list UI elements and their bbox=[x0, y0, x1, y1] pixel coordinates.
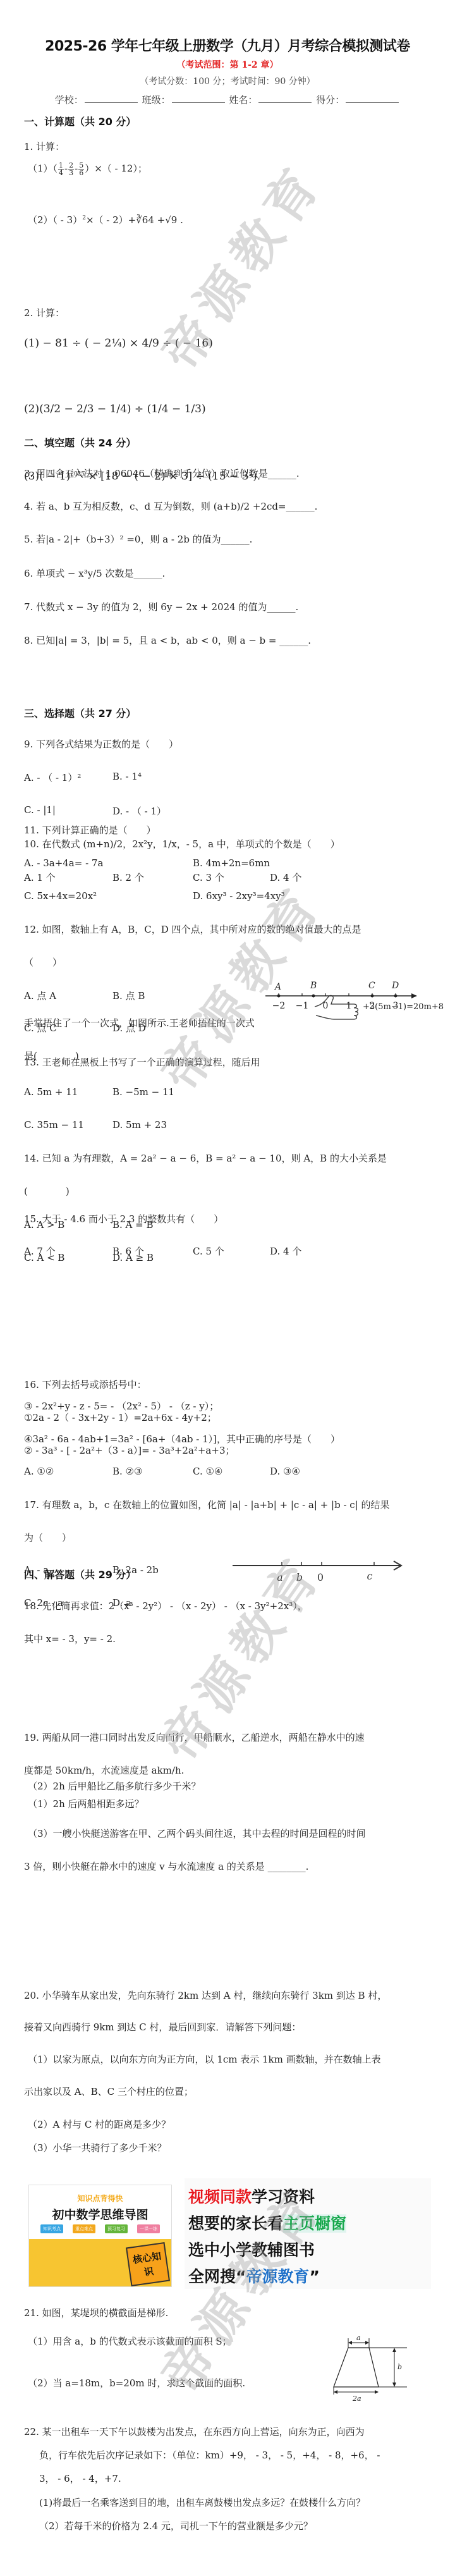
q11-option-a[interactable]: A. - 3a+4a= - 7a bbox=[24, 857, 103, 869]
q20-line-2: 接着又向西骑行 9km 到达 C 村，最后回到家．请解答下列问题： bbox=[24, 2021, 301, 2033]
q4: 4. 若 a、b 互为相反数，c、d 互为倒数，则 (a+b)/2 +2cd=_… bbox=[24, 500, 317, 513]
svg-text:−2: −2 bbox=[272, 1001, 286, 1011]
q8: 8. 已知|a| = 3，|b| = 5，且 a < b，ab < 0，则 a … bbox=[24, 634, 311, 647]
q11-option-d[interactable]: D. 6xy³ - 2xy³=4xy³ bbox=[193, 890, 285, 902]
q13-figure-equation: +3(5m−1)=20m+8 bbox=[363, 1001, 444, 1014]
svg-text:a: a bbox=[277, 1571, 283, 1583]
q11-option-b[interactable]: B. 4m+2n=6mn bbox=[193, 857, 270, 869]
q15-option-b[interactable]: B. 6 个 bbox=[112, 1244, 144, 1258]
svg-text:0: 0 bbox=[317, 1571, 324, 1583]
q13-option-c[interactable]: C. 35m − 11 bbox=[24, 1119, 84, 1131]
q13-option-b[interactable]: B. −5m − 11 bbox=[112, 1086, 174, 1098]
hand-icon bbox=[310, 993, 367, 1024]
ad-banner[interactable]: 知识点背得快 初中数学思维导图 知识考点 重点难点 预习复习 一课一练 核心知识… bbox=[25, 2178, 430, 2286]
q16-option-d[interactable]: D. ③④ bbox=[270, 1466, 300, 1477]
q21-part-2: （2）当 a=18m，b=20m 时，求这个截面的面积. bbox=[28, 2376, 245, 2389]
book-cover-image: 知识点背得快 初中数学思维导图 知识考点 重点难点 预习复习 一课一练 核心知识 bbox=[28, 2185, 172, 2287]
q15-option-c[interactable]: C. 5 个 bbox=[193, 1244, 224, 1258]
svg-text:B: B bbox=[310, 981, 317, 991]
score-label: 得分： bbox=[316, 94, 344, 106]
student-info-line: 学校： 班级： 姓名： 得分： bbox=[0, 93, 455, 106]
fraction: 23 bbox=[68, 162, 74, 176]
q12-stem: 12. 如图，数轴上有 A，B，C，D 四个点，其中所对应的数的绝对值最大的点是 bbox=[24, 923, 361, 936]
q15-option-d[interactable]: D. 4 个 bbox=[270, 1244, 301, 1258]
q18-line-2: 其中 x= - 3，y= - 2. bbox=[24, 1633, 116, 1645]
section-4-title: 四、解答题（共 29 分） bbox=[24, 1567, 136, 1581]
q20-part-2: （2）A 村与 C 村的距离是多少？ bbox=[28, 2118, 171, 2131]
q11-option-c[interactable]: C. 5x+4x=20x² bbox=[24, 890, 97, 902]
q19-line-1: 19. 两船从同一港口同时出发反向而行，甲船顺水，乙船逆水，两船在静水中的速 bbox=[24, 1731, 365, 1744]
q12-option-a[interactable]: A. 点 A bbox=[24, 989, 56, 1002]
q10-option-a[interactable]: A. 1 个 bbox=[24, 871, 56, 884]
svg-text:2a: 2a bbox=[352, 2395, 361, 2403]
q19-part-1: （1）2h 后两船相距多远？ bbox=[28, 1797, 144, 1810]
q16-stem: 16. 下列去括号或添括号中： bbox=[24, 1378, 147, 1391]
svg-text:c: c bbox=[367, 1570, 373, 1582]
q2-part1: (1) − 81 ÷ ( − 2¼) × 4/9 ÷ ( − 16) bbox=[24, 337, 213, 350]
q9-option-a[interactable]: A. - （ - 1）² bbox=[24, 771, 81, 784]
fraction: 56 bbox=[78, 162, 84, 176]
q16-option-c[interactable]: C. ①④ bbox=[193, 1466, 222, 1477]
name-label: 姓名： bbox=[229, 94, 257, 106]
q9-stem: 9. 下列各式结果为正数的是（ ） bbox=[24, 738, 178, 751]
q16-item-2: ② - 3a³ - [ - 2a²+（3 - a）]= - 3a³+2a²+a+… bbox=[24, 1444, 235, 1457]
fraction: 14 bbox=[58, 162, 64, 176]
q3: 3. 用四舍五入法对 1.06046（精确到千分位）取近似数是______. bbox=[24, 467, 300, 480]
section-2-title: 二、填空题（共 24 分） bbox=[24, 435, 136, 450]
q16-option-b[interactable]: B. ②③ bbox=[112, 1466, 142, 1477]
q1-part1: （1）（14-23-56）×（ - 12）； bbox=[28, 162, 147, 176]
svg-text:A: A bbox=[274, 982, 281, 992]
q20-part-1b: 示出家以及 A、B、C 三个村庄的位置； bbox=[24, 2085, 193, 2098]
q14-paren: ( ) bbox=[24, 1185, 70, 1198]
q22-part-2: （2）若每千米的价格为 2.4 元，司机一下午的营业额是多少元？ bbox=[39, 2520, 313, 2532]
q19-line-2: 度都是 50km/h，水流速度是 akm/h. bbox=[24, 1764, 184, 1777]
svg-text:D: D bbox=[391, 981, 399, 991]
q21-part-1: （1）用含 a，b 的代数式表示该截面的面积 S； bbox=[28, 2334, 232, 2348]
q17-number-line-figure: ab0c bbox=[231, 1555, 408, 1587]
q13-option-a[interactable]: A. 5m + 11 bbox=[24, 1086, 78, 1098]
q1-part2: （2）（ - 3）2×（ - 2）+∛64 +√9 . bbox=[28, 212, 183, 226]
q17-stem: 17. 有理数 a，b，c 在数轴上的位置如图，化简 |a| - |a+b| +… bbox=[24, 1499, 390, 1511]
exam-title: 2025-26 学年七年级上册数学（九月）月考综合模拟测试卷 bbox=[0, 35, 455, 55]
q15-option-a[interactable]: A. 7 个 bbox=[24, 1244, 56, 1258]
class-blank[interactable] bbox=[172, 94, 225, 103]
q10-option-c[interactable]: C. 3 个 bbox=[193, 871, 224, 884]
svg-text:a: a bbox=[356, 2334, 361, 2342]
q11-stem: 11. 下列计算正确的是（ ） bbox=[24, 824, 156, 837]
q22-line-1: 22. 某一出租车一天下午以鼓楼为出发点，在东西方向上营运，向东为正，向西为 bbox=[24, 2426, 365, 2438]
q1-label: 1. 计算： bbox=[24, 140, 64, 153]
q9-option-c[interactable]: C. - |1| bbox=[24, 804, 56, 816]
exam-meta: （考试分数：100 分；考试时间：90 分钟） bbox=[0, 75, 455, 87]
section-1-title: 一、计算题（共 20 分） bbox=[24, 114, 136, 128]
q6: 6. 单项式 − x³y/5 次数是______. bbox=[24, 567, 165, 580]
q19-part-3b: 3 倍，则小快艇在静水中的速度 v 与水流速度 a 的关系是 ________. bbox=[24, 1860, 308, 1873]
q9-option-d[interactable]: D. - （ - 1） bbox=[112, 804, 166, 818]
q22-line-2: 负，行车依先后次序记录如下：（单位：km）+9， - 3， - 5，+4， - … bbox=[39, 2449, 380, 2462]
q16-option-a[interactable]: A. ①② bbox=[24, 1466, 54, 1477]
trapezoid-figure: a b 2a bbox=[331, 2336, 426, 2400]
q13-option-d[interactable]: D. 5m + 23 bbox=[112, 1119, 167, 1131]
q19-part-2: （2）2h 后甲船比乙船多航行多少千米？ bbox=[28, 1779, 201, 1793]
q16-item-3: ③ - 2x²+y - z - 5= - （2x² - 5） - （z - y）… bbox=[24, 1400, 219, 1413]
q20-line-1: 20. 小华骑车从家出发，先向东骑行 2km 达到 A 村，继续向东骑行 3km… bbox=[24, 1989, 387, 2002]
svg-text:b: b bbox=[296, 1571, 303, 1583]
q15-stem: 15. 大于 - 4.6 而小于 2.3 的整数共有（ ） bbox=[24, 1213, 223, 1225]
q10-stem: 10. 在代数式 (m+n)/2，2x²y，1/x，- 5，a 中，单项式的个数… bbox=[24, 838, 340, 850]
q10-option-d[interactable]: D. 4 个 bbox=[270, 871, 301, 884]
q16-item-1: ①2a - 2（ - 3x+2y - 1）=2a+6x - 4y+2； bbox=[24, 1411, 217, 1424]
q2-part2: (2)(3/2 − 2/3 − 1/4) ÷ (1/4 − 1/3) bbox=[24, 403, 206, 415]
name-blank[interactable] bbox=[258, 94, 312, 103]
exam-scope: （考试范围：第 1-2 章） bbox=[0, 58, 455, 71]
svg-text:−1: −1 bbox=[296, 1001, 309, 1011]
q20-part-1a: （1）以家为原点，以向东方向为正方向，以 1cm 表示 1km 画数轴，并在数轴… bbox=[28, 2052, 381, 2066]
q17-stem-2: 为（ ） bbox=[24, 1531, 71, 1544]
q19-part-3a: （3）一艘小快艇送游客在甲、乙两个码头间往返，其中去程的时间是回程的时间 bbox=[28, 1827, 366, 1840]
q12-paren: （ ） bbox=[24, 956, 62, 969]
q9-option-b[interactable]: B. - 1⁴ bbox=[112, 771, 142, 782]
q21-line-1: 21. 如图，某堤坝的横截面是梯形. bbox=[24, 2307, 168, 2319]
section-3-title: 三、选择题（共 27 分） bbox=[24, 706, 136, 720]
svg-text:C: C bbox=[368, 981, 375, 991]
class-label: 班级： bbox=[142, 94, 171, 106]
q22-part-1: (1)将最后一名乘客送到目的地，出租车离鼓楼出发点多远？在鼓楼什么方向？ bbox=[39, 2496, 365, 2509]
q16-item-4: ④3a² - 6a - 4ab+1=3a² - [6a+（4ab - 1）]，其… bbox=[24, 1433, 340, 1445]
q13-stem-3: 是( ) bbox=[24, 1050, 79, 1062]
q20-part-3: （3）小华一共骑行了多少千米？ bbox=[28, 2141, 167, 2154]
q12-option-b[interactable]: B. 点 B bbox=[112, 989, 145, 1002]
school-blank[interactable] bbox=[85, 94, 138, 103]
school-label: 学校： bbox=[55, 94, 83, 106]
q13-stem-2: 手掌捂住了一个一次式，如图所示.王老师捂住的一次式 bbox=[24, 1017, 255, 1029]
core-knowledge-badge: 核心知识 bbox=[126, 2242, 170, 2286]
ad-text-panel: 视频同款学习资料 想要的家长看主页橱窗 选中小学教辅图书 全网搜“帝源教育” bbox=[185, 2178, 431, 2289]
q5: 5. 若|a - 2|+（b+3）² =0，则 a - 2b 的值为______… bbox=[24, 533, 252, 546]
score-blank[interactable] bbox=[346, 94, 399, 103]
q14-stem: 14. 已知 a 为有理数，A = 2a² − a − 6，B = a² − a… bbox=[24, 1152, 387, 1165]
q7: 7. 代数式 x − 3y 的值为 2，则 6y − 2x + 2024 的值为… bbox=[24, 601, 298, 613]
svg-text:b: b bbox=[397, 2363, 402, 2371]
q2-label: 2. 计算： bbox=[24, 307, 64, 319]
q18-line-1: 18. 先化简再求值：2（x³ - 2y²） - （x - 2y） - （x -… bbox=[24, 1600, 307, 1612]
q10-option-b[interactable]: B. 2 个 bbox=[112, 871, 144, 884]
q22-line-3: 3， - 6， - 4，+7. bbox=[39, 2472, 121, 2485]
